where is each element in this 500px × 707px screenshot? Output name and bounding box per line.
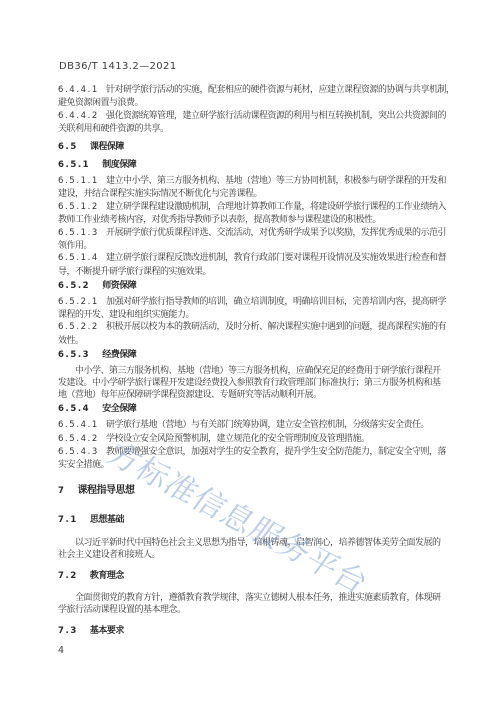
page-number: 4: [58, 645, 64, 656]
text-line: 6.5.1.2建立研学课程建设激励机制，合理地计算教师工作量，将建设研学旅行课程…: [58, 200, 446, 213]
heading-7.3: 7.3基本要求: [58, 625, 446, 637]
clause-number: 6.5.1.2: [58, 202, 99, 212]
text-line: 建设，并结合课程实施实际情况不断优化与完善课程。: [58, 187, 446, 199]
clause-number: 6.5.1.4: [58, 253, 99, 263]
text-line: 教师工作业绩考核内容，对优秀指导教师予以表彰，提高教师参与课程建设的积极性。: [58, 213, 446, 225]
clause-number: 6.5.2.1: [58, 297, 99, 307]
text-line: 6.5.4.3教师要增强安全意识，加强对学生的安全教育，提升学生安全防范能力，制…: [58, 445, 446, 458]
heading-title: 基本要求: [90, 626, 124, 636]
text-line: 效性。: [58, 334, 446, 346]
heading-title: 思想基础: [90, 515, 124, 525]
text-line: 社会主义建设者和接班人。: [58, 548, 446, 560]
clause-6.5.2.2: 6.5.2.2积极开展以校为本的教研活动，及时分析、解决课程实施中遇到的问题，提…: [58, 320, 446, 346]
heading-title: 安全保障: [102, 404, 136, 414]
clause-number: 6.5.1.1: [58, 176, 99, 186]
heading-title: 师资保障: [102, 281, 136, 291]
heading-title: 教育理念: [90, 571, 124, 581]
clause-6.5.4.1: 6.5.4.1研学旅行基地（营地）与有关部门统筹协调，建立安全管控机制，分级落实…: [58, 418, 446, 431]
clause-number: 6.5.2: [58, 281, 90, 291]
text-line: 课程的开发、建设和组织实施能力。: [58, 308, 446, 320]
text-line: 6.5.2.1加强对研学旅行指导教师的培训，确立培训制度，明确培训目标，完善培训…: [58, 295, 446, 308]
heading-title: 课程指导思想: [78, 485, 135, 496]
text-line: 6.5.4.2学校设立安全风险预警机制，建立规范化的安全管理制度及管理措施。: [58, 432, 446, 445]
text-line: 6.4.4.1针对研学旅行活动的实施，配套相应的硬件资源与耗材，应建立课程资源的…: [58, 83, 446, 96]
clause-6.4.4.2: 6.4.4.2强化资源统筹管理，建立研学旅行活动课程资源的利用与相互转换机制，突…: [58, 109, 446, 135]
heading-title: 课程保障: [90, 142, 124, 152]
document-body: 6.4.4.1针对研学旅行活动的实施，配套相应的硬件资源与耗材，应建立课程资源的…: [58, 83, 446, 646]
clause-number: 6.5.2.2: [58, 322, 99, 332]
clause-6.5.1.2: 6.5.1.2建立研学课程建设激励机制，合理地计算教师工作量，将建设研学旅行课程…: [58, 200, 446, 226]
text-line: 学旅行活动课程设置的基本理念。: [58, 603, 446, 615]
clause-number: 6.4.4.1: [58, 85, 99, 95]
heading-6.5.3: 6.5.3经费保障: [58, 349, 446, 361]
standard-number-header: DB36/T 1413.2—2021: [59, 61, 177, 72]
text-line: 地（营地）每年应保障研学课程资源建设、专题研究等活动顺利开展。: [58, 388, 446, 400]
heading-title: 经费保障: [102, 350, 136, 360]
clause-6.5.1.3: 6.5.1.3开展研学旅行优质课程评选、交流活动，对优秀研学成果予以奖励，发挥优…: [58, 226, 446, 252]
heading-6.5.1: 6.5.1制度保障: [58, 159, 446, 171]
heading-7.2: 7.2教育理念: [58, 570, 446, 582]
paragraph-12: 中小学、第三方服务机构、基地（营地）等三方服务机构，应确保充足的经费用于研学旅行…: [58, 364, 446, 401]
clause-6.5.2.1: 6.5.2.1加强对研学旅行指导教师的培训，确立培训制度，明确培训目标，完善培训…: [58, 295, 446, 321]
clause-6.5.1.1: 6.5.1.1建立中小学、第三方服务机构、基地（营地）等三方协同机制，积极参与研…: [58, 174, 446, 200]
paragraph-19: 以习近平新时代中国特色社会主义思想为指导，培根铸魂，启智润心，培养德智体美劳全面…: [58, 536, 446, 561]
clause-number: 6.5.1.3: [58, 228, 99, 238]
paragraph-21: 全面贯彻党的教育方针，遵循教育教学规律，落实立德树人根本任务，推进实施素质教育，…: [58, 591, 446, 616]
text-line: 避免资源闲置与浪费。: [58, 96, 446, 108]
clause-number: 6.5.4.1: [58, 420, 99, 430]
text-line: 关联利用和硬件资源的共享。: [58, 122, 446, 134]
text-line: 导，不断提升研学旅行课程的实施效果。: [58, 265, 446, 277]
text-line: 全面贯彻党的教育方针，遵循教育教学规律，落实立德树人根本任务，推进实施素质教育，…: [58, 591, 446, 603]
clause-number: 6.5.3: [58, 350, 90, 360]
clause-number: 6.4.4.2: [58, 111, 99, 121]
clause-number: 7.3: [58, 626, 78, 636]
clause-number: 6.5.1: [58, 160, 90, 170]
heading-6.5.4: 6.5.4安全保障: [58, 403, 446, 415]
clause-number: 7: [58, 486, 66, 496]
clause-number: 6.5.4.2: [58, 434, 99, 444]
clause-number: 7.2: [58, 571, 78, 581]
heading-6.5.2: 6.5.2师资保障: [58, 280, 446, 292]
clause-number: 6.5.4: [58, 404, 90, 414]
text-line: 中小学、第三方服务机构、基地（营地）等三方服务机构，应确保充足的经费用于研学旅行…: [58, 364, 446, 376]
clause-number: 7.1: [58, 515, 78, 525]
text-line: 6.5.2.2积极开展以校为本的教研活动，及时分析、解决课程实施中遇到的问题，提…: [58, 320, 446, 333]
clause-6.4.4.1: 6.4.4.1针对研学旅行活动的实施，配套相应的硬件资源与耗材，应建立课程资源的…: [58, 83, 446, 109]
text-line: 实安全措施。: [58, 458, 446, 470]
text-line: 6.5.4.1研学旅行基地（营地）与有关部门统筹协调，建立安全管控机制，分级落实…: [58, 418, 446, 431]
heading-title: 制度保障: [102, 160, 136, 170]
clause-6.5.4.3: 6.5.4.3教师要增强安全意识，加强对学生的安全教育，提升学生安全防范能力，制…: [58, 445, 446, 471]
text-line: 6.5.1.1建立中小学、第三方服务机构、基地（营地）等三方协同机制，积极参与研…: [58, 174, 446, 187]
text-line: 6.5.1.4建立研学旅行课程反馈改进机制，教育行政部门要对课程开设情况及实施效…: [58, 251, 446, 264]
clause-6.5.1.4: 6.5.1.4建立研学旅行课程反馈改进机制，教育行政部门要对课程开设情况及实施效…: [58, 251, 446, 277]
text-line: 以习近平新时代中国特色社会主义思想为指导，培根铸魂，启智润心，培养德智体美劳全面…: [58, 536, 446, 548]
heading-6.5: 6.5课程保障: [58, 141, 446, 153]
text-line: 6.4.4.2强化资源统筹管理，建立研学旅行活动课程资源的利用与相互转换机制，突…: [58, 109, 446, 122]
text-line: 领作用。: [58, 239, 446, 251]
text-line: 发建设。中小学研学旅行课程开发建设经费投入参照教育行政管理部门标准执行；第三方服…: [58, 376, 446, 388]
clause-number: 6.5.4.3: [58, 447, 99, 457]
clause-number: 6.5: [58, 142, 78, 152]
heading-7.1: 7.1思想基础: [58, 514, 446, 526]
heading-7: 7课程指导思想: [58, 485, 446, 497]
clause-6.5.4.2: 6.5.4.2学校设立安全风险预警机制，建立规范化的安全管理制度及管理措施。: [58, 432, 446, 445]
text-line: 6.5.1.3开展研学旅行优质课程评选、交流活动，对优秀研学成果予以奖励，发挥优…: [58, 226, 446, 239]
document-page: DB36/T 1413.2—2021 6.4.4.1针对研学旅行活动的实施，配套…: [0, 0, 500, 707]
